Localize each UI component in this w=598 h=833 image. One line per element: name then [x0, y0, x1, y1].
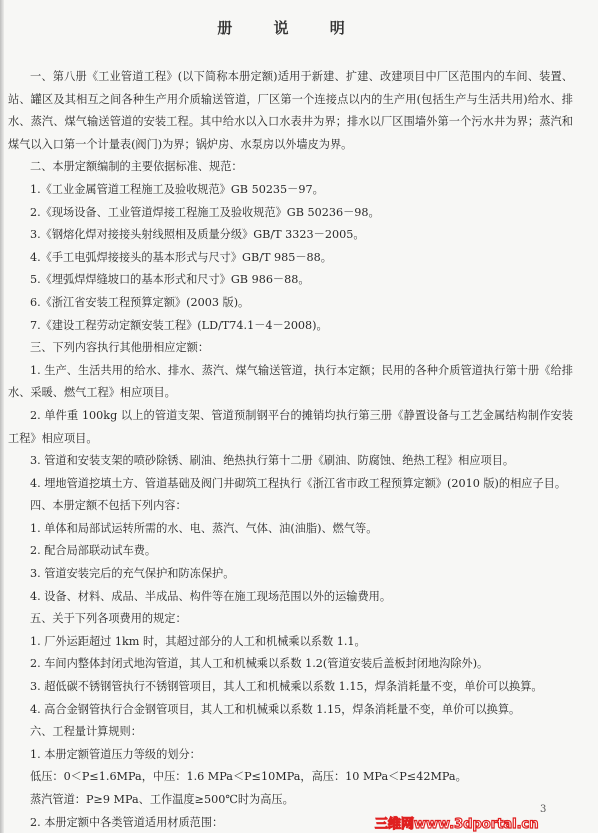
list-item: 1.《工业金属管道工程施工及验收规范》GB 50235－97。 [8, 179, 573, 202]
page-binding-edge [0, 0, 4, 833]
list-item: 4.《手工电弧焊接接头的基本形式与尺寸》GB/T 985－88。 [8, 247, 573, 270]
watermark-logo: 三维网www.3dportal.cn [375, 813, 538, 832]
list-item: 2. 车间内整体封闭式地沟管道，其人工和机械乘以系数 1.2(管道安装后盖板封闭… [8, 653, 573, 676]
section-heading-standards: 二、本册定额编制的主要依据标准、规范： [8, 156, 573, 179]
list-item: 1. 生产、生活共用的给水、排水、蒸汽、煤气输送管道，执行本定额；民用的各种介质… [8, 360, 573, 405]
section-heading-exclusions: 四、本册定额不包括下列内容： [8, 495, 573, 518]
list-item: 7.《建设工程劳动定额安装工程》(LD/T74.1－4－2008)。 [8, 315, 573, 338]
steam-pressure-rule: 蒸汽管道：P≥9 MPa、工作温度≥500℃时为高压。 [8, 789, 573, 812]
paragraph-scope: 一、第八册《工业管道工程》(以下简称本册定额)适用于新建、扩建、改建项目中厂区范… [8, 66, 573, 156]
list-item: 2.《现场设备、工业管道焊接工程施工及验收规范》GB 50236－98。 [8, 202, 573, 225]
section-heading-calculation-rules: 六、工程量计算规则： [8, 721, 573, 744]
list-item: 3.《钢熔化焊对接接头射线照相及质量分级》GB/T 3323－2005。 [8, 224, 573, 247]
list-item: 6.《浙江省安装工程预算定额》(2003 版)。 [8, 292, 573, 315]
page-number: 3 [540, 804, 546, 815]
list-item: 3. 管道和安装支架的喷砂除锈、刷油、绝热执行第十二册《刷油、防腐蚀、绝热工程》… [8, 450, 573, 473]
list-item: 4. 埋地管道挖填土方、管道基础及阀门井砌筑工程执行《浙江省市政工程预算定额》(… [8, 473, 573, 496]
section-heading-fees: 五、关于下列各项费用的规定： [8, 608, 573, 631]
pressure-classification: 低压：0＜P≤1.6MPa，中压：1.6 MPa＜P≤10MPa，高压：10 M… [8, 766, 573, 789]
list-item: 1. 单体和局部试运转所需的水、电、蒸汽、气体、油(油脂)、燃气等。 [8, 518, 573, 541]
list-item: 3. 超低碳不锈钢管执行不锈钢管项目，其人工和机械乘以系数 1.15，焊条消耗量… [8, 676, 573, 699]
list-item: 5.《埋弧焊焊缝坡口的基本形式和尺寸》GB 986－88。 [8, 269, 573, 292]
list-item: 1. 本册定额管道压力等级的划分： [8, 744, 573, 767]
page-title: 册 说 明 [0, 17, 580, 38]
list-item: 3. 管道安装完后的充气保护和防冻保护。 [8, 563, 573, 586]
section-heading-other-volumes: 三、下列内容执行其他册相应定额： [8, 337, 573, 360]
list-item: 2. 配合局部联动试车费。 [8, 540, 573, 563]
list-item: 4. 高合金钢管执行合金钢管项目，其人工和机械乘以系数 1.15，焊条消耗量不变… [8, 699, 573, 722]
document-body: 一、第八册《工业管道工程》(以下简称本册定额)适用于新建、扩建、改建项目中厂区范… [8, 66, 573, 833]
list-item: 2. 单件重 100kg 以上的管道支架、管道预制钢平台的摊销均执行第三册《静置… [8, 405, 573, 450]
list-item: 1. 厂外运距超过 1km 时，其超过部分的人工和机械乘以系数 1.1。 [8, 631, 573, 654]
list-item: 4. 设备、材料、成品、半成品、构件等在施工现场范围以外的运输费用。 [8, 586, 573, 609]
